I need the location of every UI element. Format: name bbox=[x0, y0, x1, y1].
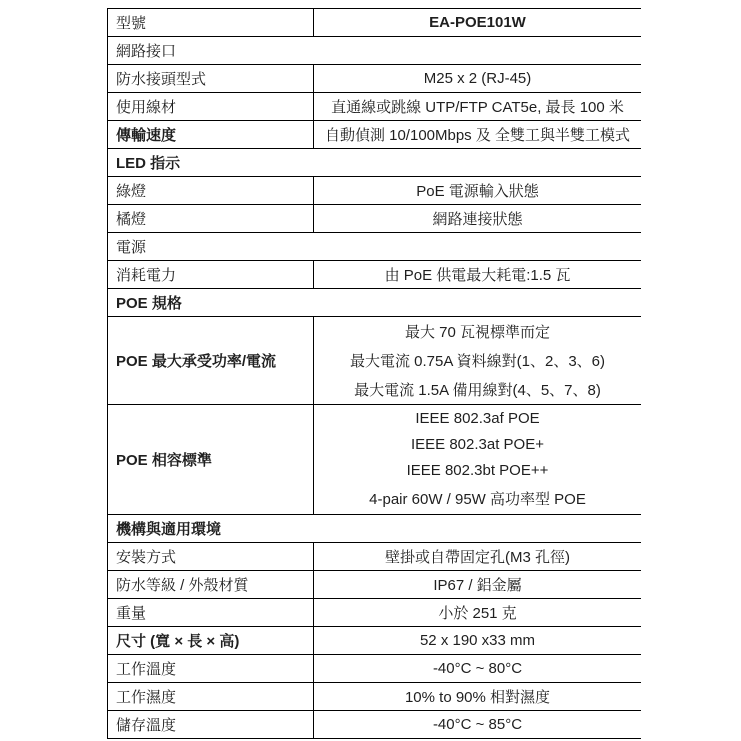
spec-label: 安裝方式 bbox=[108, 543, 313, 570]
spec-value-line: IEEE 802.3at POE+ bbox=[316, 436, 639, 453]
section-header: POE 規格 bbox=[108, 289, 641, 316]
spec-label: 工作濕度 bbox=[108, 683, 313, 710]
spec-row: 重量小於 251 克 bbox=[108, 599, 641, 627]
spec-row: 型號EA-POE101W bbox=[108, 9, 641, 37]
spec-row: 使用線材直通線或跳線 UTP/FTP CAT5e, 最長 100 米 bbox=[108, 93, 641, 121]
spec-value-line: 最大電流 0.75A 資料線對(1、2、3、6) bbox=[316, 350, 639, 371]
spec-label: 儲存溫度 bbox=[108, 711, 313, 738]
section-row: 電源 bbox=[108, 233, 641, 261]
spec-row: 傳輸速度自動偵測 10/100Mbps 及 全雙工與半雙工模式 bbox=[108, 121, 641, 149]
spec-value: 最大 70 瓦視標準而定最大電流 0.75A 資料線對(1、2、3、6)最大電流… bbox=[313, 317, 641, 404]
spec-label: 尺寸 (寬 × 長 × 高) bbox=[108, 627, 313, 654]
spec-value: -40°C ~ 85°C bbox=[313, 711, 641, 738]
spec-label: 防水等級 / 外殼材質 bbox=[108, 571, 313, 598]
spec-label: 橘燈 bbox=[108, 205, 313, 232]
spec-row: 橘燈網路連接狀態 bbox=[108, 205, 641, 233]
spec-row: 儲存溫度-40°C ~ 85°C bbox=[108, 711, 641, 739]
spec-row: 防水接頭型式M25 x 2 (RJ-45) bbox=[108, 65, 641, 93]
spec-row: POE 相容標準IEEE 802.3af POEIEEE 802.3at POE… bbox=[108, 405, 641, 515]
spec-label: 重量 bbox=[108, 599, 313, 626]
spec-value: 直通線或跳線 UTP/FTP CAT5e, 最長 100 米 bbox=[313, 93, 641, 120]
spec-value-line: 最大電流 1.5A 備用線對(4、5、7、8) bbox=[316, 379, 639, 400]
spec-value: IEEE 802.3af POEIEEE 802.3at POE+IEEE 80… bbox=[313, 405, 641, 514]
spec-value: 網路連接狀態 bbox=[313, 205, 641, 232]
spec-label: 綠燈 bbox=[108, 177, 313, 204]
spec-value: 自動偵測 10/100Mbps 及 全雙工與半雙工模式 bbox=[313, 121, 641, 148]
spec-value: M25 x 2 (RJ-45) bbox=[313, 65, 641, 92]
spec-value: 10% to 90% 相對濕度 bbox=[313, 683, 641, 710]
spec-row: 工作濕度10% to 90% 相對濕度 bbox=[108, 683, 641, 711]
spec-value-line: IEEE 802.3af POE bbox=[316, 410, 639, 427]
spec-label: 使用線材 bbox=[108, 93, 313, 120]
spec-value-line: 最大 70 瓦視標準而定 bbox=[316, 321, 639, 342]
spec-label: POE 最大承受功率/電流 bbox=[108, 317, 313, 404]
spec-row: 工作溫度-40°C ~ 80°C bbox=[108, 655, 641, 683]
spec-value: 52 x 190 x33 mm bbox=[313, 627, 641, 654]
section-header: 機構與適用環境 bbox=[108, 515, 641, 542]
spec-label: 傳輸速度 bbox=[108, 121, 313, 148]
section-row: 網路接口 bbox=[108, 37, 641, 65]
spec-value: 小於 251 克 bbox=[313, 599, 641, 626]
spec-value-line: 4-pair 60W / 95W 高功率型 POE bbox=[316, 488, 639, 509]
section-header: 電源 bbox=[108, 233, 641, 260]
spec-label: 工作溫度 bbox=[108, 655, 313, 682]
spec-row: 尺寸 (寬 × 長 × 高)52 x 190 x33 mm bbox=[108, 627, 641, 655]
spec-label: 消耗電力 bbox=[108, 261, 313, 288]
spec-value: PoE 電源輸入狀態 bbox=[313, 177, 641, 204]
spec-row: 消耗電力由 PoE 供電最大耗電:1.5 瓦 bbox=[108, 261, 641, 289]
spec-value: 由 PoE 供電最大耗電:1.5 瓦 bbox=[313, 261, 641, 288]
spec-row: POE 最大承受功率/電流最大 70 瓦視標準而定最大電流 0.75A 資料線對… bbox=[108, 317, 641, 405]
section-row: LED 指示 bbox=[108, 149, 641, 177]
spec-row: 綠燈PoE 電源輸入狀態 bbox=[108, 177, 641, 205]
section-row: POE 規格 bbox=[108, 289, 641, 317]
spec-label: 型號 bbox=[108, 9, 313, 36]
spec-value: -40°C ~ 80°C bbox=[313, 655, 641, 682]
product-spec-table: 型號EA-POE101W網路接口防水接頭型式M25 x 2 (RJ-45)使用線… bbox=[107, 8, 641, 739]
spec-label: POE 相容標準 bbox=[108, 405, 313, 514]
spec-value: EA-POE101W bbox=[313, 9, 641, 36]
spec-value: IP67 / 鋁金屬 bbox=[313, 571, 641, 598]
spec-row: 安裝方式壁掛或自帶固定孔(M3 孔徑) bbox=[108, 543, 641, 571]
section-header: 網路接口 bbox=[108, 37, 641, 64]
spec-value-line: IEEE 802.3bt POE++ bbox=[316, 462, 639, 479]
spec-label: 防水接頭型式 bbox=[108, 65, 313, 92]
spec-row: 防水等級 / 外殼材質IP67 / 鋁金屬 bbox=[108, 571, 641, 599]
spec-value: 壁掛或自帶固定孔(M3 孔徑) bbox=[313, 543, 641, 570]
section-row: 機構與適用環境 bbox=[108, 515, 641, 543]
section-header: LED 指示 bbox=[108, 149, 641, 176]
